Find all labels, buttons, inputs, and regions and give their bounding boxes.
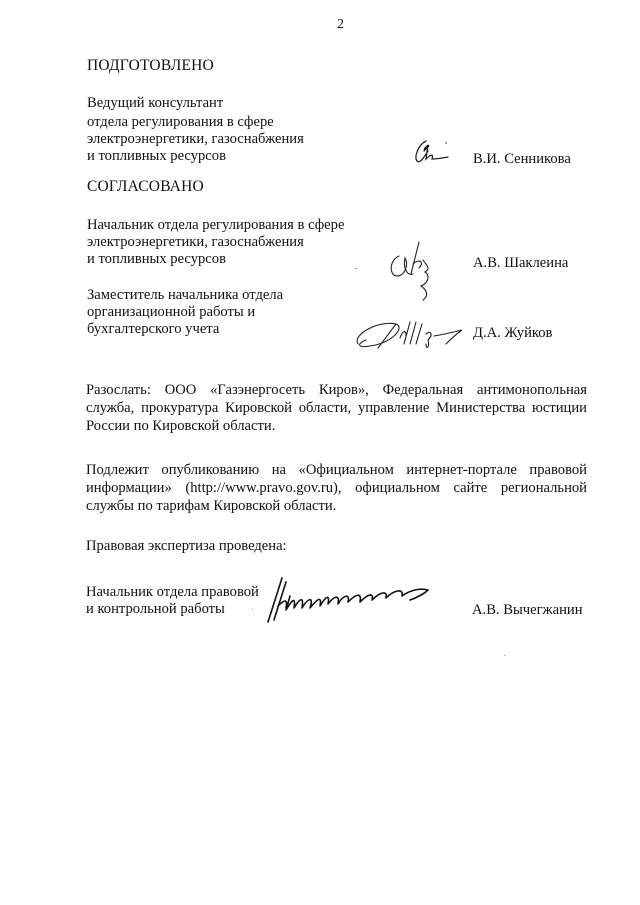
- position-line: Ведущий консультант: [87, 95, 223, 112]
- position-line: Заместитель начальника отдела: [87, 287, 283, 304]
- legal-review-heading: Правовая экспертиза проведена:: [86, 538, 287, 555]
- signature-shakleina: [385, 238, 455, 308]
- agreed-heading: СОГЛАСОВАНО: [87, 178, 204, 196]
- signatory-name: В.И. Сенникова: [473, 151, 571, 168]
- signatory-name: А.В. Шаклеина: [473, 255, 568, 272]
- scan-artifact: [252, 609, 253, 610]
- page-number: 2: [337, 17, 344, 33]
- position-line: электроэнергетики, газоснабжения: [87, 131, 304, 148]
- scan-artifact: [504, 655, 505, 656]
- signatory-name: Д.А. Жуйков: [473, 325, 552, 342]
- position-line: электроэнергетики, газоснабжения: [87, 234, 304, 251]
- position-line: отдела регулирования в сфере: [87, 114, 274, 131]
- scan-artifact: [355, 268, 357, 269]
- position-line: Начальник отдела регулирования в сфере: [87, 217, 344, 234]
- position-line: и топливных ресурсов: [87, 251, 226, 268]
- prepared-heading: ПОДГОТОВЛЕНО: [87, 57, 214, 75]
- publication-paragraph: Подлежит опубликованию на «Официальном и…: [86, 461, 587, 515]
- distribution-paragraph: Разослать: ООО «Газэнергосеть Киров», Фе…: [86, 381, 587, 435]
- signature-sennikova: [412, 137, 462, 167]
- signature-zhuikov: [350, 314, 470, 354]
- position-line: организационной работы и: [87, 304, 255, 321]
- position-line: и топливных ресурсов: [87, 148, 226, 165]
- position-line: и контрольной работы: [86, 601, 225, 618]
- position-line: бухгалтерского учета: [87, 321, 219, 338]
- position-line: Начальник отдела правовой: [86, 584, 259, 601]
- signatory-name: А.В. Вычегжанин: [472, 602, 583, 619]
- signature-vychegzhanin: [264, 576, 444, 626]
